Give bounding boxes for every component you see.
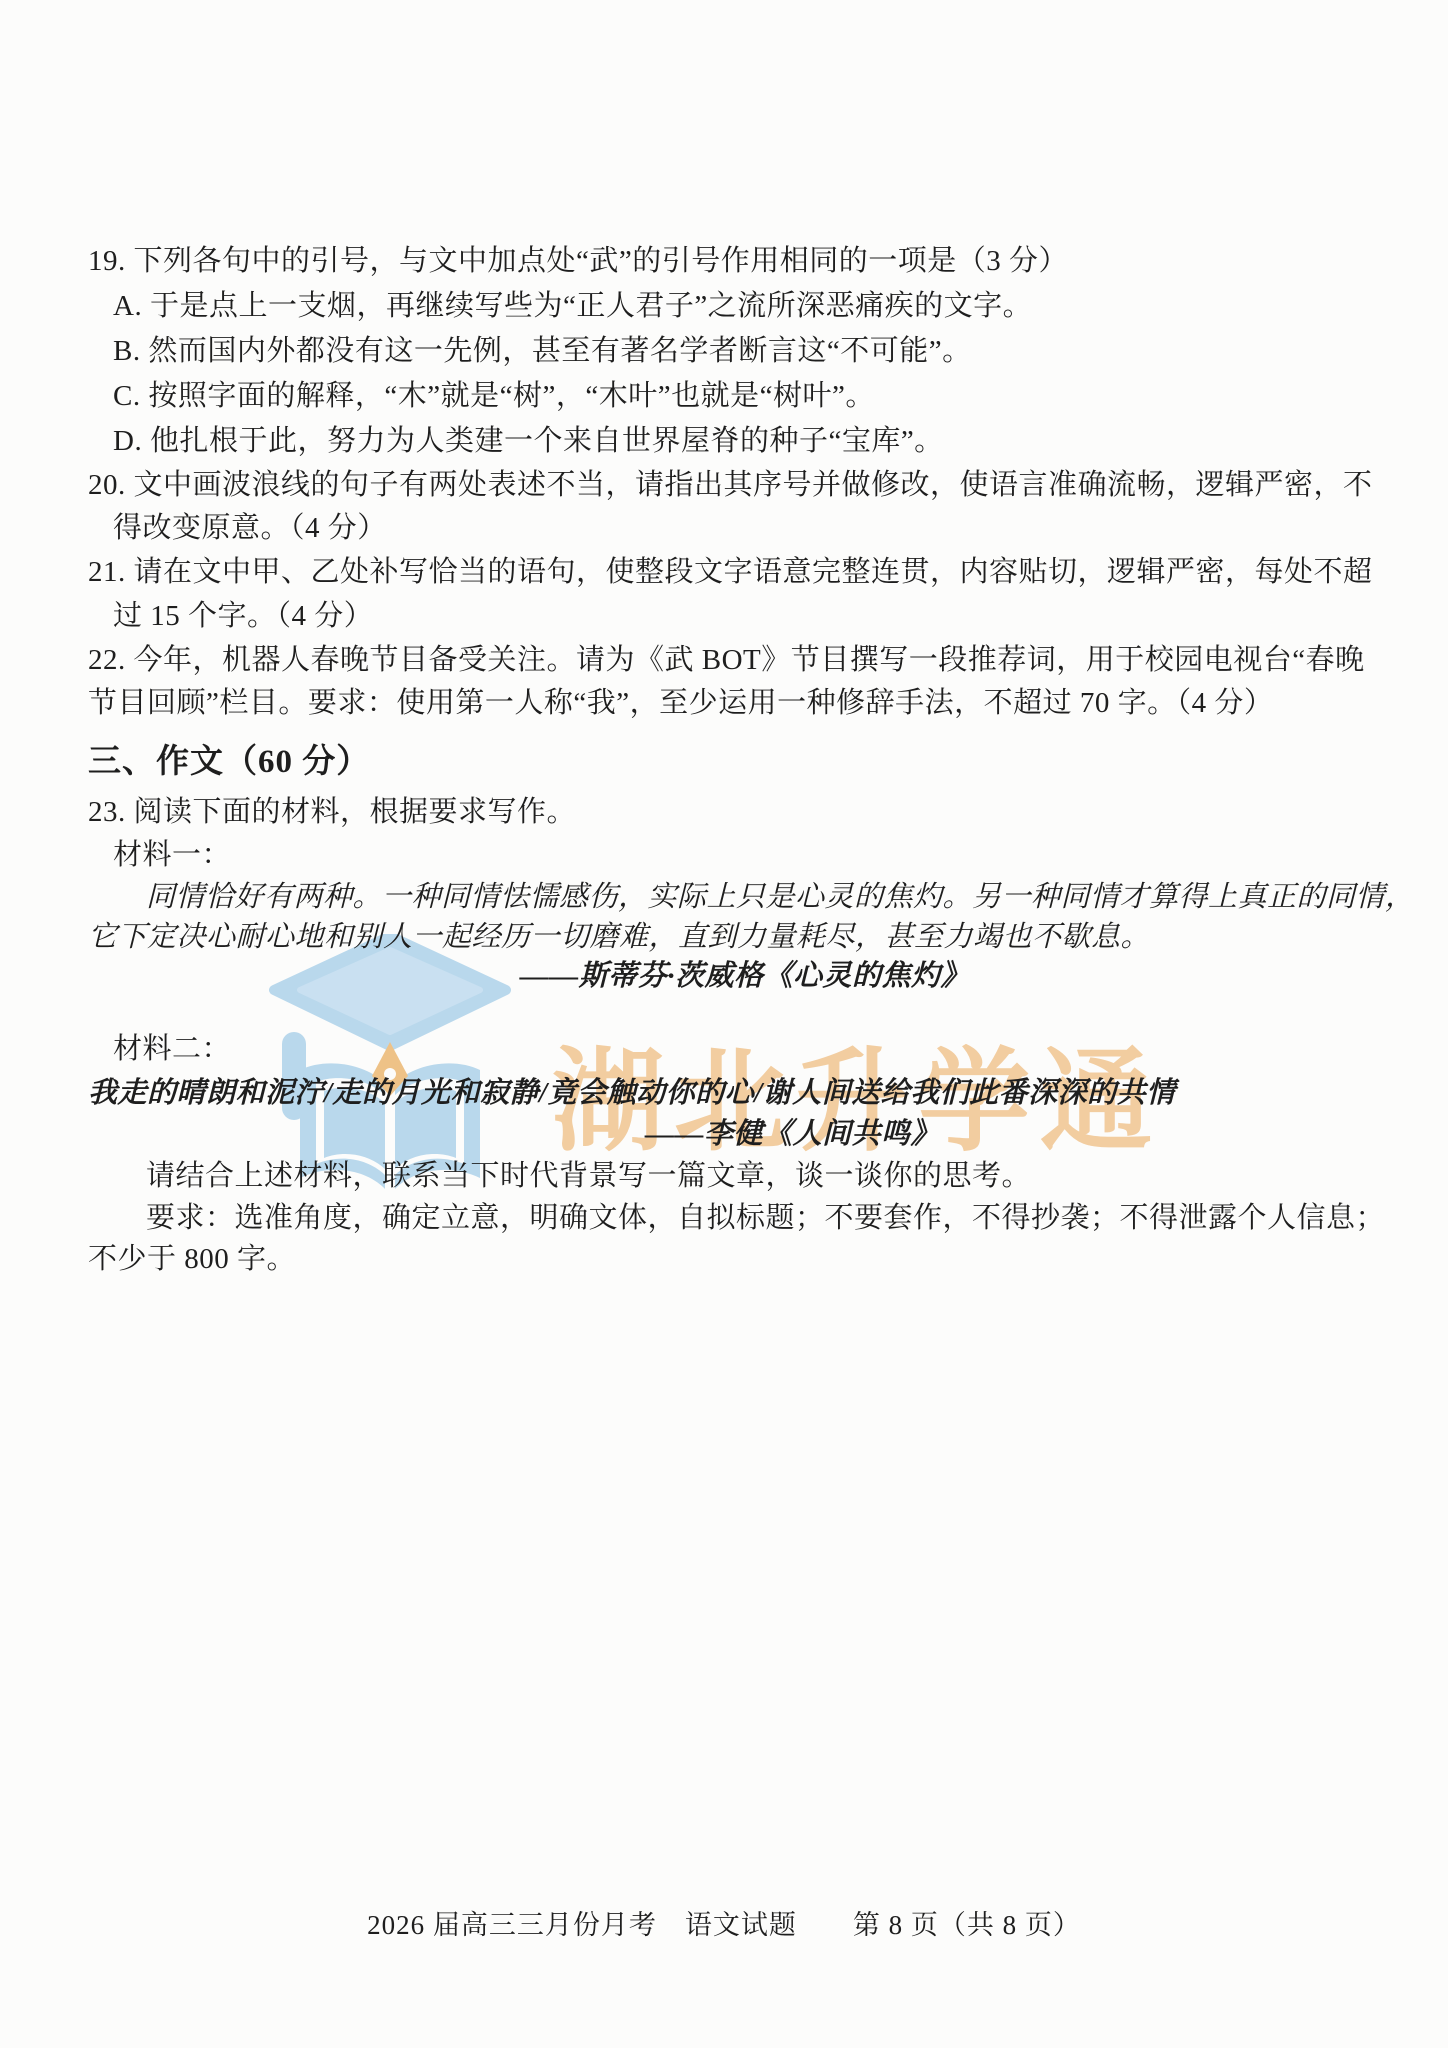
essay-requirement-line-1: 要求：选准角度，确定立意，明确文体，自拟标题；不要套作，不得抄袭；不得泄露个人信…	[146, 1199, 1385, 1237]
question-20-line-2: 得改变原意。（4 分）	[113, 509, 387, 547]
question-19-option-d: D. 他扎根于此，努力为人类建一个来自世界屋脊的种子“宝库”。	[113, 422, 944, 460]
material-1-line-2: 它下定决心耐心地和别人一起经历一切磨难，直到力量耗尽，甚至力竭也不歇息。	[88, 918, 1150, 956]
material-1-source: ——斯蒂芬·茨威格《心灵的焦灼》	[520, 957, 970, 995]
essay-task-line: 请结合上述材料，联系当下时代背景写一篇文章，谈一谈你的思考。	[146, 1157, 1031, 1195]
essay-requirement-line-2: 不少于 800 字。	[88, 1240, 296, 1278]
material-1-line-1: 同情恰好有两种。一种同情怯懦感伤，实际上只是心灵的焦灼。另一种同情才算得上真正的…	[146, 878, 1415, 916]
question-22-line-1: 22. 今年，机器人春晚节目备受关注。请为《武 BOT》节目撰写一段推荐词，用于…	[88, 641, 1365, 679]
question-19-option-c: C. 按照字面的解释，“木”就是“树”，“木叶”也就是“树叶”。	[113, 377, 875, 415]
exam-paper-page: 湖北升学通 19. 下列各句中的引号，与文中加点处“武”的引号作用相同的一项是（…	[0, 0, 1448, 2048]
material-2-label: 材料二：	[113, 1030, 231, 1068]
page-footer: 2026 届高三三月份月考 语文试题 第 8 页（共 8 页）	[0, 1903, 1448, 1942]
question-21-line-2: 过 15 个字。（4 分）	[113, 597, 373, 635]
material-2-lyric: 我走的晴朗和泥泞/走的月光和寂静/竟会触动你的心/谢人间送给我们此番深深的共情	[88, 1074, 1176, 1112]
essay-section-title: 三、作文（60 分）	[88, 743, 370, 781]
question-19-option-b: B. 然而国内外都没有这一先例，甚至有著名学者断言这“不可能”。	[113, 332, 972, 370]
material-1-label: 材料一：	[113, 836, 231, 874]
question-21-line-1: 21. 请在文中甲、乙处补写恰当的语句，使整段文字语意完整连贯，内容贴切，逻辑严…	[88, 553, 1373, 591]
material-2-source: ——李健《人间共鸣》	[645, 1115, 940, 1153]
question-19-option-a: A. 于是点上一支烟，再继续写些为“正人君子”之流所深恶痛疾的文字。	[113, 287, 1032, 325]
question-22-line-2: 节目回顾”栏目。要求：使用第一人称“我”，至少运用一种修辞手法，不超过 70 字…	[88, 684, 1273, 722]
question-20-line-1: 20. 文中画波浪线的句子有两处表述不当，请指出其序号并做修改，使语言准确流畅，…	[88, 466, 1373, 504]
question-23-intro: 23. 阅读下面的材料，根据要求写作。	[88, 793, 576, 831]
question-19-stem: 19. 下列各句中的引号，与文中加点处“武”的引号作用相同的一项是（3 分）	[88, 242, 1068, 280]
